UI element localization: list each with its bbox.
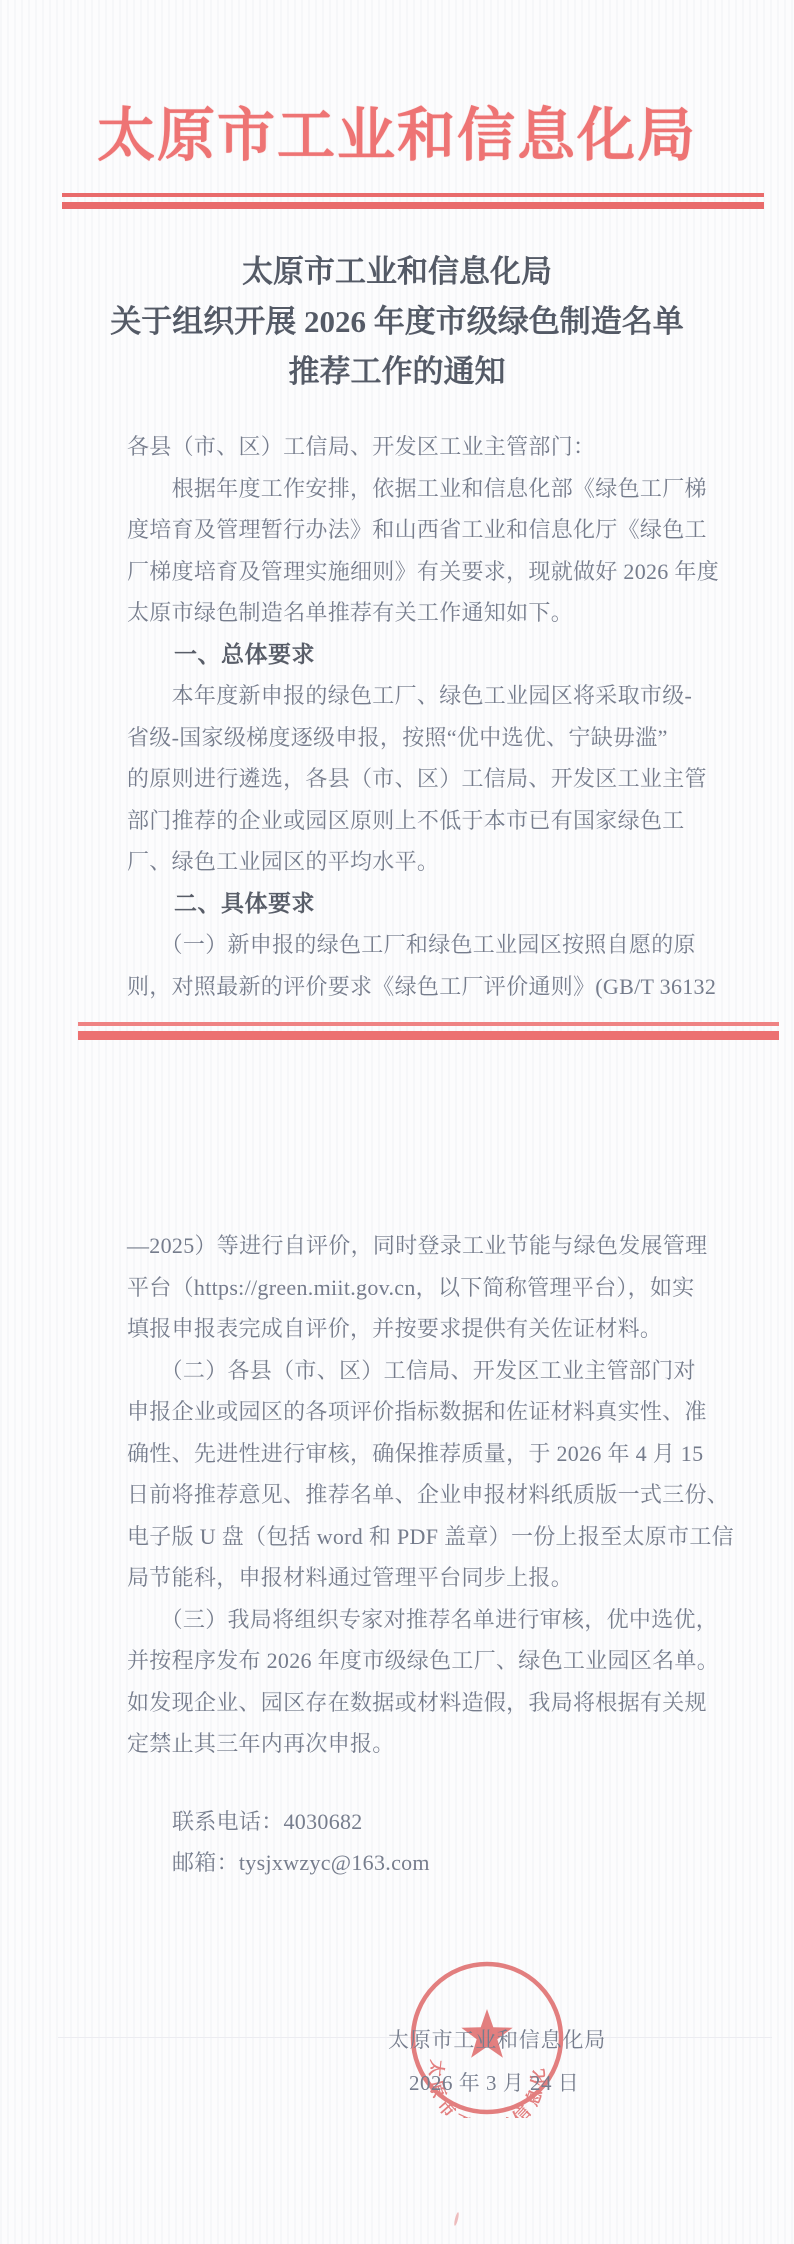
body-line: 根据年度工作安排，依据工业和信息化部《绿色工厂梯 [127, 468, 727, 510]
body-line: 则，对照最新的评价要求《绿色工厂评价通则》(GB/T 36132 [127, 966, 727, 1008]
body-line: 厂、绿色工业园区的平均水平。 [127, 841, 727, 883]
body-line: 太原市绿色制造名单推荐有关工作通知如下。 [127, 592, 727, 634]
page-break-rule-thin [78, 1022, 779, 1026]
body-line: 省级-国家级梯度逐级申报，按照“优中选优、宁缺毋滥” [127, 717, 727, 759]
body-line: 并按程序发布 2026 年度市级绿色工厂、绿色工业园区名单。 [127, 1640, 727, 1682]
body-line: —2025）等进行自评价，同时登录工业节能与绿色发展管理 [127, 1225, 727, 1267]
body-line: 申报企业或园区的各项评价指标数据和佐证材料真实性、准 [127, 1391, 727, 1433]
body-line: 局节能科，申报材料通过管理平台同步上报。 [127, 1557, 727, 1599]
body-line: 日前将推荐意见、推荐名单、企业申报材料纸质版一式三份、 [127, 1474, 727, 1516]
body-heading-line: 二、具体要求 [127, 883, 727, 925]
scanned-document-page: 太原市工业和信息化局 太原市工业和信息化局 关于组织开展 2026 年度市级绿色… [0, 0, 794, 2244]
letterhead-rule-thin [62, 193, 764, 197]
signature-date: 2026 年 3 月 24 日 [409, 2067, 579, 2097]
document-title-line-1: 太原市工业和信息化局 [0, 247, 794, 297]
body-line: 本年度新申报的绿色工厂、绿色工业园区将采取市级- [127, 675, 727, 717]
contact-email: 邮箱：tysjxwzyc@163.com [172, 1843, 430, 1884]
contact-info: 联系电话：4030682 邮箱：tysjxwzyc@163.com [172, 1802, 430, 1883]
body-line: 如发现企业、园区存在数据或材料造假，我局将根据有关规 [127, 1682, 727, 1724]
body-line: 填报申报表完成自评价，并按要求提供有关佐证材料。 [127, 1308, 727, 1350]
body-heading-line: 一、总体要求 [127, 634, 727, 676]
letterhead-rule-thick [62, 202, 764, 209]
body-line: 的原则进行遴选，各县（市、区）工信局、开发区工业主管 [127, 758, 727, 800]
body-line: （二）各县（市、区）工信局、开发区工业主管部门对 [127, 1350, 727, 1392]
body-line: 定禁止其三年内再次申报。 [127, 1723, 727, 1765]
body-line: （三）我局将组织专家对推荐名单进行审核，优中选优， [127, 1599, 727, 1641]
body-line: 度培育及管理暂行办法》和山西省工业和信息化厅《绿色工 [127, 509, 727, 551]
body-line: 电子版 U 盘（包括 word 和 PDF 盖章）一份上报至太原市工信 [127, 1516, 727, 1558]
document-title: 太原市工业和信息化局 关于组织开展 2026 年度市级绿色制造名单 推荐工作的通… [0, 247, 794, 397]
body-text-page-1: 各县（市、区）工信局、开发区工业主管部门： 根据年度工作安排，依据工业和信息化部… [127, 426, 727, 1007]
document-title-line-2: 关于组织开展 2026 年度市级绿色制造名单 [0, 297, 794, 347]
page-break-rule-thick [78, 1031, 779, 1040]
letterhead-agency-title: 太原市工业和信息化局 [0, 104, 794, 168]
body-line: 部门推荐的企业或园区原则上不低于本市已有国家绿色工 [127, 800, 727, 842]
document-title-line-3: 推荐工作的通知 [0, 347, 794, 397]
body-line: 确性、先进性进行审核，确保推荐质量，于 2026 年 4 月 15 [127, 1433, 727, 1475]
body-text-page-2: —2025）等进行自评价，同时登录工业节能与绿色发展管理平台（https://g… [127, 1225, 727, 1765]
scan-ink-artifact [453, 2212, 459, 2226]
body-line: 厂梯度培育及管理实施细则》有关要求，现就做好 2026 年度 [127, 551, 727, 593]
body-line: 平台（https://green.miit.gov.cn，以下简称管理平台），如… [127, 1267, 727, 1309]
contact-phone: 联系电话：4030682 [172, 1802, 430, 1843]
signature-agency: 太原市工业和信息化局 [388, 2024, 606, 2054]
body-line: 各县（市、区）工信局、开发区工业主管部门： [127, 426, 727, 468]
body-line: （一）新申报的绿色工厂和绿色工业园区按照自愿的原 [127, 924, 727, 966]
